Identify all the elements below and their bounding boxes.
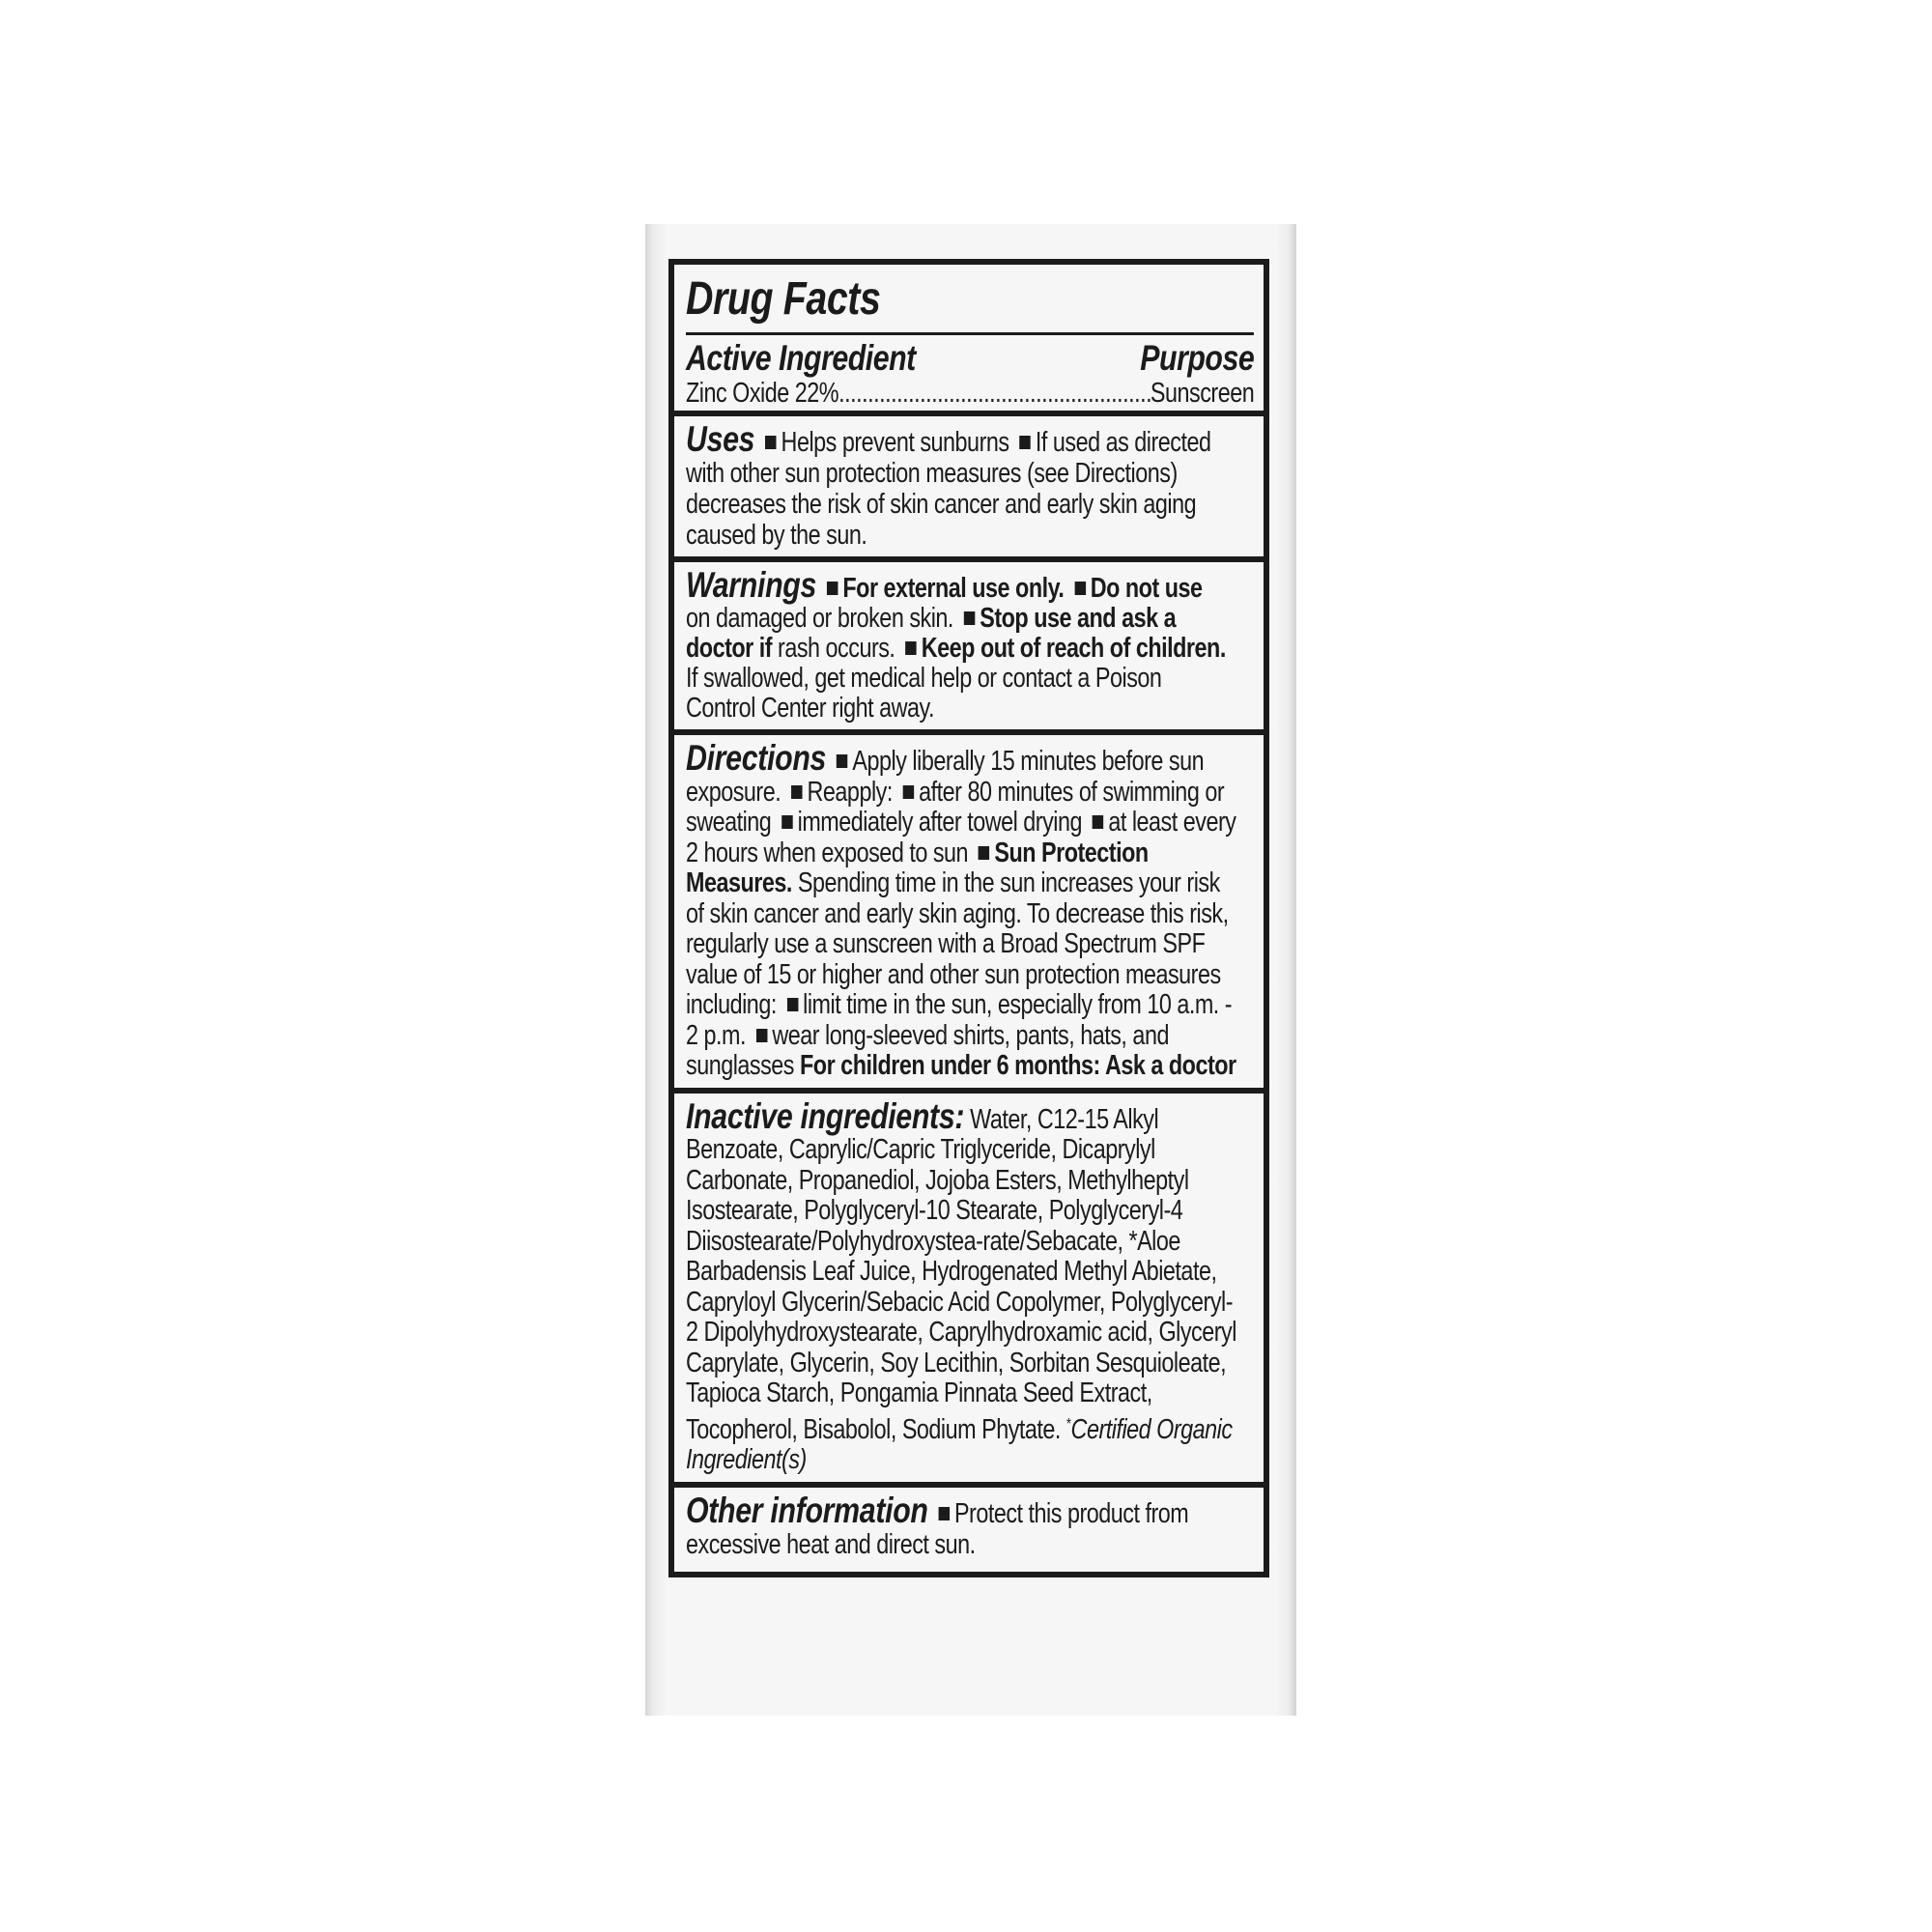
uses-section: Uses Helps prevent sunburns If used as d… bbox=[674, 411, 1264, 556]
direction-reapply: Reapply: bbox=[808, 777, 893, 808]
bullet-icon bbox=[903, 785, 914, 799]
bullet-icon bbox=[1093, 815, 1103, 829]
title-divider bbox=[686, 332, 1254, 335]
bullet-icon bbox=[964, 611, 975, 625]
bullet-icon bbox=[765, 436, 776, 449]
inactive-ingredients-list: Water, C12-15 Alkyl Benzoate, Caprylic/C… bbox=[686, 1104, 1236, 1445]
children-warning: For children under 6 months: Ask a docto… bbox=[800, 1050, 1236, 1081]
bullet-icon bbox=[827, 582, 838, 595]
warning-do-not-use: Do not use bbox=[1091, 573, 1203, 604]
bullet-icon bbox=[791, 785, 802, 799]
warning-external-use: For external use only. bbox=[842, 573, 1064, 604]
directions-section: Directions Apply liberally 15 minutes be… bbox=[674, 729, 1264, 1088]
active-ingredient-row: Zinc Oxide 22% .........................… bbox=[686, 378, 1254, 409]
other-information-section: Other information Protect this product f… bbox=[674, 1482, 1264, 1572]
warning-keep-out-text: If swallowed, get medical help or contac… bbox=[686, 663, 1161, 724]
bullet-icon bbox=[1019, 436, 1030, 449]
bullet-icon bbox=[756, 1029, 767, 1042]
leader-dots: ........................................… bbox=[838, 378, 1151, 409]
other-information-heading: Other information bbox=[686, 1491, 928, 1530]
warning-keep-out-of-reach: Keep out of reach of children. bbox=[922, 633, 1226, 664]
active-ingredient-heading: Active Ingredient bbox=[686, 339, 916, 378]
warnings-heading: Warnings bbox=[686, 565, 816, 605]
ingredient-name: Zinc Oxide 22% bbox=[686, 378, 838, 409]
warning-do-not-use-text: on damaged or broken skin. bbox=[686, 603, 953, 634]
warnings-section: Warnings For external use only. Do not u… bbox=[674, 556, 1264, 729]
directions-heading: Directions bbox=[686, 738, 826, 778]
active-ingredient-header: Active Ingredient Purpose bbox=[686, 339, 1254, 378]
uses-item: Helps prevent sunburns bbox=[781, 427, 1009, 458]
ingredient-purpose: Sunscreen bbox=[1151, 378, 1254, 409]
bullet-icon bbox=[781, 815, 792, 829]
bullet-icon bbox=[837, 754, 847, 768]
direction-towel: immediately after towel drying bbox=[798, 807, 1082, 838]
bullet-icon bbox=[905, 641, 916, 655]
drug-facts-title: Drug Facts bbox=[686, 269, 1254, 328]
drug-facts-header-section: Drug Facts Active Ingredient Purpose Zin… bbox=[674, 265, 1264, 411]
purpose-heading: Purpose bbox=[1140, 339, 1254, 378]
bullet-icon bbox=[787, 998, 798, 1011]
bullet-icon bbox=[979, 846, 989, 860]
bullet-icon bbox=[1074, 582, 1085, 595]
bullet-icon bbox=[939, 1507, 950, 1520]
warning-stop-use-text: rash occurs. bbox=[778, 633, 895, 664]
drug-facts-label: Drug Facts Active Ingredient Purpose Zin… bbox=[668, 259, 1269, 1577]
inactive-ingredients-section: Inactive ingredients: Water, C12-15 Alky… bbox=[674, 1088, 1264, 1482]
uses-heading: Uses bbox=[686, 419, 754, 459]
inactive-ingredients-heading: Inactive ingredients: bbox=[686, 1096, 964, 1136]
